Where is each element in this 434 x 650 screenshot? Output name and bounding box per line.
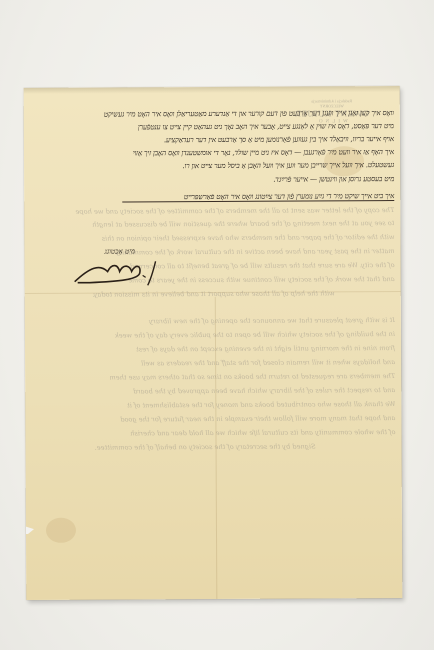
bleedthrough-line: in the building of the society which wil… bbox=[35, 330, 395, 340]
bleedthrough-line: The members are requested to return the … bbox=[35, 372, 395, 382]
underlined-line: איך ביט אייך שיקט מיר די נײַע נומערן פֿו… bbox=[122, 191, 394, 202]
bleedthrough-line: with the editor of the paper and the mem… bbox=[34, 233, 394, 243]
bleedthrough-line: We thank all those who contributed books… bbox=[35, 400, 395, 410]
bleedthrough-line: of the whole community and its cultural … bbox=[35, 428, 395, 438]
bleedthrough-line: from nine in the morning until eight in … bbox=[35, 344, 395, 354]
closing-salutation: מיט אַכטונג bbox=[104, 247, 135, 255]
paper-stain bbox=[46, 518, 76, 543]
bleedthrough-line: and hope that many more will follow thei… bbox=[35, 414, 395, 424]
handwritten-line: מיט בעסטע גרוסן און ווינטשן — אייער פֿרײ… bbox=[264, 174, 394, 184]
signature bbox=[70, 257, 170, 288]
handwritten-line: איך האָף אַז איר וועט מיר פֿאַרגעבן — דא… bbox=[34, 147, 394, 158]
handwritten-line: געשטעלט. איך וועל אייך שרייבן מער ווען א… bbox=[42, 160, 394, 171]
bleedthrough-line: It is with great pleasure that we announ… bbox=[35, 316, 395, 326]
bleedthrough-line: Signed by the secretary of the society o… bbox=[36, 442, 316, 451]
bleedthrough-line: and holidays when it will remain closed … bbox=[35, 358, 395, 368]
handwritten-line: מיט דער פּאָסט, דאָס איז שוין אַ לאַנגע … bbox=[36, 121, 394, 132]
handwritten-body: וואָס איך קען זאָגן אייך וועגן דער אַרבע… bbox=[30, 108, 394, 110]
handwritten-line: וואָס איך קען זאָגן אייך וועגן דער אַרבע… bbox=[30, 108, 394, 119]
paper-tear bbox=[24, 526, 34, 534]
bleedthrough-line: and to respect the rules of the library … bbox=[35, 386, 395, 396]
bleedthrough-line: to see you at the next meeting of the bo… bbox=[34, 219, 394, 229]
bleedthrough-line: with the help of all those who support i… bbox=[35, 289, 335, 299]
handwritten-line: אויף אייער בריוו, וויבאַלד איך בין געווע… bbox=[49, 134, 394, 145]
bleedthrough-line: The copy of the letter was sent to all t… bbox=[34, 206, 394, 216]
bleedthrough-line: matter in the past year and have been ac… bbox=[35, 247, 395, 257]
letter-sheet: Redakcja i Administracja WIECZORNY OWENT… bbox=[24, 86, 403, 600]
